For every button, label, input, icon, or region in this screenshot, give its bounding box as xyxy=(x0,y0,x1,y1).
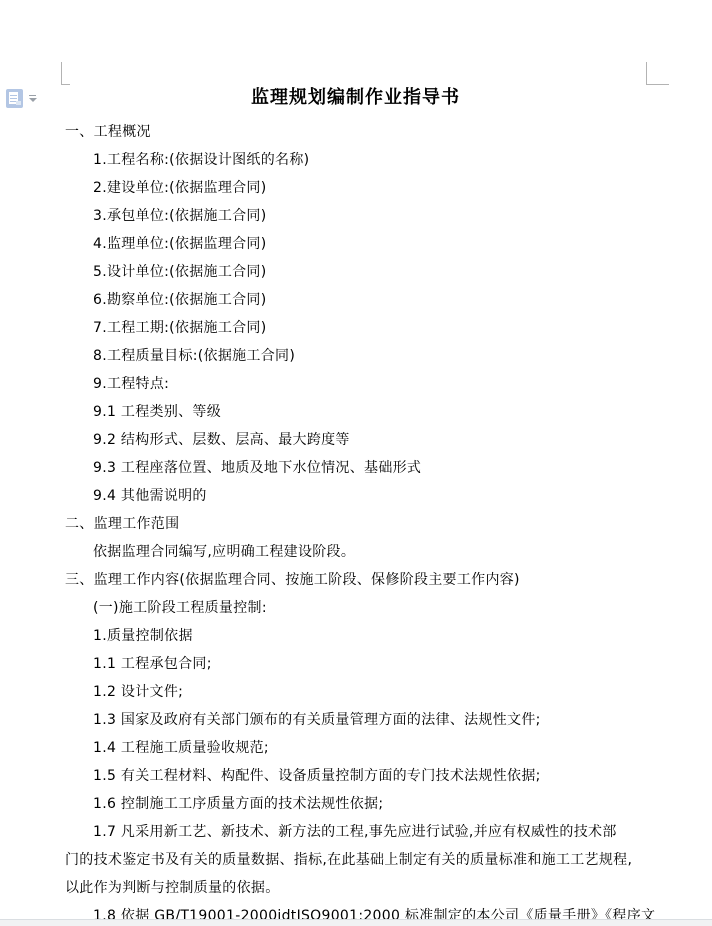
paste-fold-corner xyxy=(16,101,21,105)
paste-options-icon[interactable] xyxy=(6,89,23,108)
paragraph-line: 9.3 工程座落位置、地质及地下水位情况、基础形式 xyxy=(65,454,657,482)
paragraph-line: 1.5 有关工程材料、构配件、设备质量控制方面的专门技术法规性依据; xyxy=(65,762,657,790)
paragraph-line: 5.设计单位:(依据施工合同) xyxy=(65,258,657,286)
paragraph-line: 1.6 控制施工工序质量方面的技术法规性依据; xyxy=(65,790,657,818)
paragraph-line: 9.4 其他需说明的 xyxy=(65,482,657,510)
paragraph-line: 6.勘察单位:(依据施工合同) xyxy=(65,286,657,314)
paragraph-line: 一、工程概况 xyxy=(65,118,657,146)
chevron-down-icon[interactable] xyxy=(28,95,37,103)
bottom-scroll-strip xyxy=(0,919,712,926)
document-body[interactable]: 一、工程概况1.工程名称:(依据设计图纸的名称)2.建设单位:(依据监理合同)3… xyxy=(65,118,657,926)
paragraph-line: 门的技术鉴定书及有关的质量数据、指标,在此基础上制定有关的质量标准和施工工艺规程… xyxy=(65,846,657,874)
paragraph-line: 1.3 国家及政府有关部门颁布的有关质量管理方面的法律、法规性文件; xyxy=(65,706,657,734)
paragraph-line: 3.承包单位:(依据施工合同) xyxy=(65,202,657,230)
text-boundary-mark-right xyxy=(646,62,669,85)
paragraph-line: 二、监理工作范围 xyxy=(65,510,657,538)
paragraph-line: 1.4 工程施工质量验收规范; xyxy=(65,734,657,762)
text-boundary-mark-left xyxy=(61,62,70,85)
paragraph-line: 8.工程质量目标:(依据施工合同) xyxy=(65,342,657,370)
paragraph-line: 4.监理单位:(依据监理合同) xyxy=(65,230,657,258)
paragraph-line: 9.2 结构形式、层数、层高、最大跨度等 xyxy=(65,426,657,454)
paragraph-line: 1.2 设计文件; xyxy=(65,678,657,706)
paste-options-button[interactable] xyxy=(5,88,39,110)
paragraph-line: 1.1 工程承包合同; xyxy=(65,650,657,678)
paragraph-line: 依据监理合同编写,应明确工程建设阶段。 xyxy=(65,538,657,566)
document-title: 监理规划编制作业指导书 xyxy=(65,85,646,111)
paragraph-line: 以此作为判断与控制质量的依据。 xyxy=(65,874,657,902)
paragraph-line: 7.工程工期:(依据施工合同) xyxy=(65,314,657,342)
paragraph-line: 2.建设单位:(依据监理合同) xyxy=(65,174,657,202)
paragraph-line: 9.1 工程类别、等级 xyxy=(65,398,657,426)
paragraph-line: 1.工程名称:(依据设计图纸的名称) xyxy=(65,146,657,174)
paragraph-line: 1.质量控制依据 xyxy=(65,622,657,650)
paragraph-line: 9.工程特点: xyxy=(65,370,657,398)
paragraph-line: 三、监理工作内容(依据监理合同、按施工阶段、保修阶段主要工作内容) xyxy=(65,566,657,594)
paragraph-line: 1.7 凡采用新工艺、新技术、新方法的工程,事先应进行试验,并应有权威性的技术部 xyxy=(65,818,657,846)
word-document-view: { "document": { "title": "监理规划编制作业指导书", … xyxy=(0,0,712,926)
paragraph-line: (一)施工阶段工程质量控制: xyxy=(65,594,657,622)
